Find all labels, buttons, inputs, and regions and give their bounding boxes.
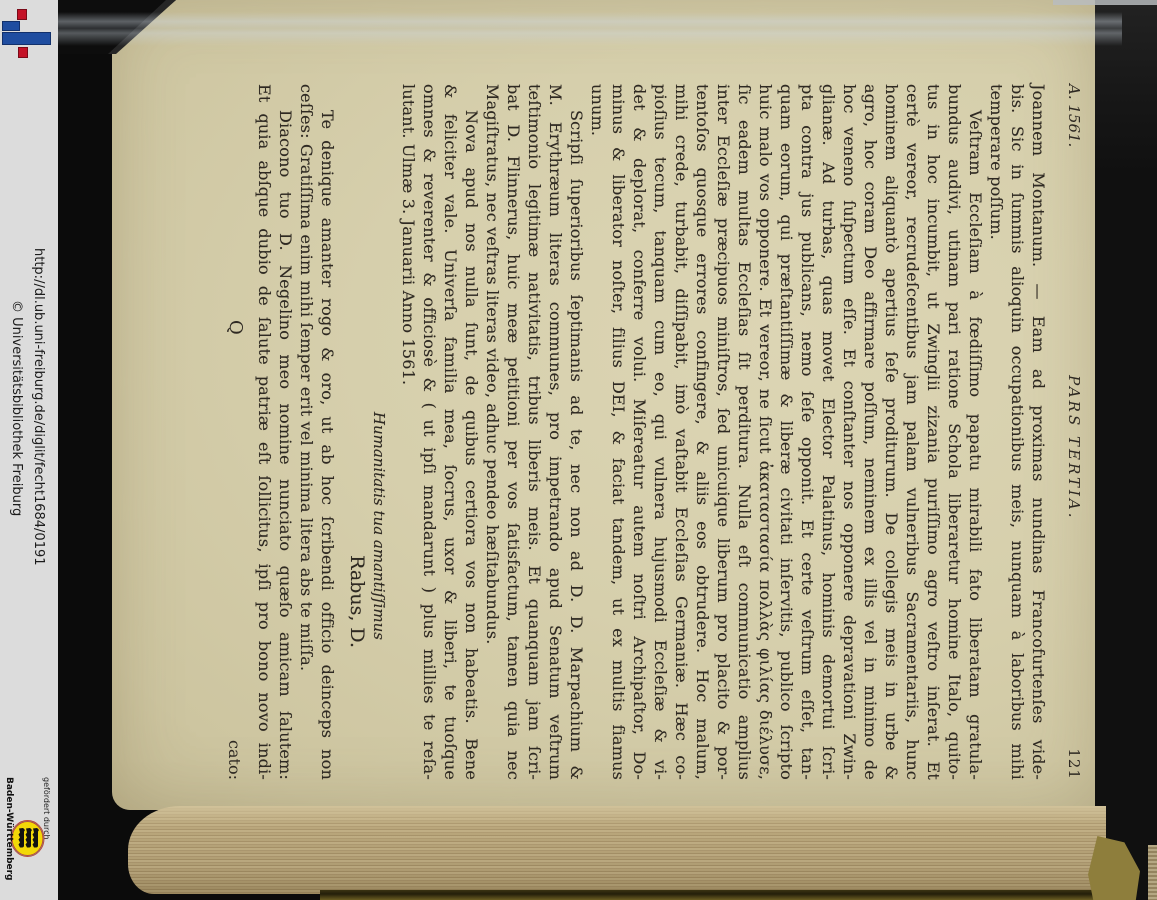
text-line: glianæ. Ad turbas, quas movet Elector Pa… (818, 84, 839, 780)
text-line: huic malo vos opponere. Et vereor, ne ſi… (755, 84, 776, 780)
text-line: tus in hoc incumbit, ut Zwinglii zizania… (923, 84, 944, 780)
page-footer-row: Q cato: (220, 84, 246, 780)
page-content: A. 1561. PARS TERTIA. 121 Joannem Montan… (220, 0, 1097, 810)
text-line: det & deplorat, conferre volui. Miſereat… (629, 84, 650, 780)
logo-blue-bar-short (2, 21, 20, 31)
text-line: pioſius tecum, tanquam cum eo, qui vulne… (650, 84, 671, 780)
text-line: ceſſes: Gratiſſima enim mihi ſemper erit… (296, 84, 317, 780)
screenshot-root: { "sidebar": { "url_text": "http://dl.ub… (0, 0, 1157, 900)
top-right-cover-wedge (1095, 4, 1157, 174)
funded-by-region: Baden-Württemberg (4, 777, 14, 881)
book-scan: A. 1561. PARS TERTIA. 121 Joannem Montan… (58, 0, 1157, 900)
logo-red-square-bottom (18, 47, 28, 58)
text-line: minus & liberator noſter, filius DEI, & … (608, 84, 629, 780)
text-line: lutant. Ulmæ 3. Januarii Anno 1561. (398, 84, 419, 780)
text-line: bat D. Flinnerus, huic meæ petitioni per… (503, 84, 524, 780)
text-line: certè vereor, recrudeſcentibus jam palam… (902, 84, 923, 780)
section-title: PARS TERTIA. (1065, 375, 1083, 520)
signature-name: Rabus, D. (346, 84, 368, 780)
ub-freiburg-logo (0, 0, 58, 62)
text-line: Et quia abſque dubio de ſalute patriæ eſ… (254, 84, 275, 780)
book-page: A. 1561. PARS TERTIA. 121 Joannem Montan… (112, 0, 1097, 810)
text-line: unum. (587, 84, 608, 780)
year-heading: A. 1561. (1065, 84, 1083, 147)
logo-red-square-top (17, 9, 27, 20)
document-url: http://dl.ub.uni-freiburg.de/diglit/fech… (31, 248, 46, 566)
text-line: Te denique amanter rogo & oro, ut ab hoc… (317, 84, 338, 780)
valediction: Humanitatis tua amantiſſimus (370, 84, 388, 780)
text-line: hoc veneno ſuſpectum eſſe. Et conſtanter… (839, 84, 860, 780)
copyright-notice: © Universitätsbibliothek Freiburg (9, 300, 24, 516)
text-line: temperare poſſum. (986, 84, 1007, 780)
coat-of-arms-icon (9, 820, 46, 857)
text-line: inter Eccleſiæ præcipuos miniſtros, ſed … (713, 84, 734, 780)
page-header: A. 1561. PARS TERTIA. 121 (1065, 84, 1083, 780)
text-line: bundus audivi, utinam pari ratione Schol… (944, 84, 965, 780)
text-line: omnes & reverenter & officiosè & ( ut ip… (419, 84, 440, 780)
text-line: bis. Sic in ſummis alioquin occupationib… (1007, 84, 1028, 780)
text-line: Nova apud nos nulla ſunt, de quibus cert… (461, 84, 482, 780)
text-line: hominem aliquantò apertius ſeſe proditur… (881, 84, 902, 780)
text-line: agro, hoc coram Deo affirmare poſſum, ne… (860, 84, 881, 780)
text-line: Scripſi ſuperioribus ſeptimanis ad te, n… (566, 84, 587, 780)
book-page-wrap: A. 1561. PARS TERTIA. 121 Joannem Montan… (112, 0, 1097, 810)
quire-mark: Q (225, 320, 246, 335)
text-line: Joannem Montanum. — Eam ad proximas nund… (1028, 84, 1049, 780)
top-edge-highlight (1053, 0, 1157, 5)
metadata-sidebar: http://dl.ub.uni-freiburg.de/diglit/fech… (0, 0, 58, 900)
text-line: quam eorum, qui præſtantiſſimæ & liberæ … (776, 84, 797, 780)
logo-blue-bar-long (2, 32, 51, 45)
text-line: pta contra jus publicans, nemo ſeſe oppo… (797, 84, 818, 780)
page-text-body: Joannem Montanum. — Eam ad proximas nund… (398, 84, 1049, 780)
text-line: tentoſos quosque errores confingere, & a… (692, 84, 713, 780)
book-fore-edge (128, 806, 1106, 894)
text-line: Diacono tuo D. Negelino meo nomine nunci… (275, 84, 296, 780)
fore-edge-shadow-band (320, 890, 1120, 900)
text-line: mihi crede, turbabit, diſſipabit, imò va… (671, 84, 692, 780)
baden-wuerttemberg-emblem (9, 820, 46, 857)
text-line: M. Erythræum literas communes, pro impet… (545, 84, 566, 780)
text-line: ſic eadem multas Eccleſias ſit perditura… (734, 84, 755, 780)
catchword: cato: (225, 740, 244, 780)
text-line: & feliciter vale. Univerſa familia mea, … (440, 84, 461, 780)
fore-edge-sliver (1148, 845, 1157, 900)
page-text-postscript: Te denique amanter rogo & oro, ut ab hoc… (254, 84, 338, 780)
text-line: Magiſtratus, nec veſtras literas video, … (482, 84, 503, 780)
page-number: 121 (1065, 748, 1083, 780)
text-line: teſtimonio legitimæ nativitatis, tribus … (524, 84, 545, 780)
text-line: Veſtram Eccleſiam à fœdiſſimo papatu mir… (965, 84, 986, 780)
